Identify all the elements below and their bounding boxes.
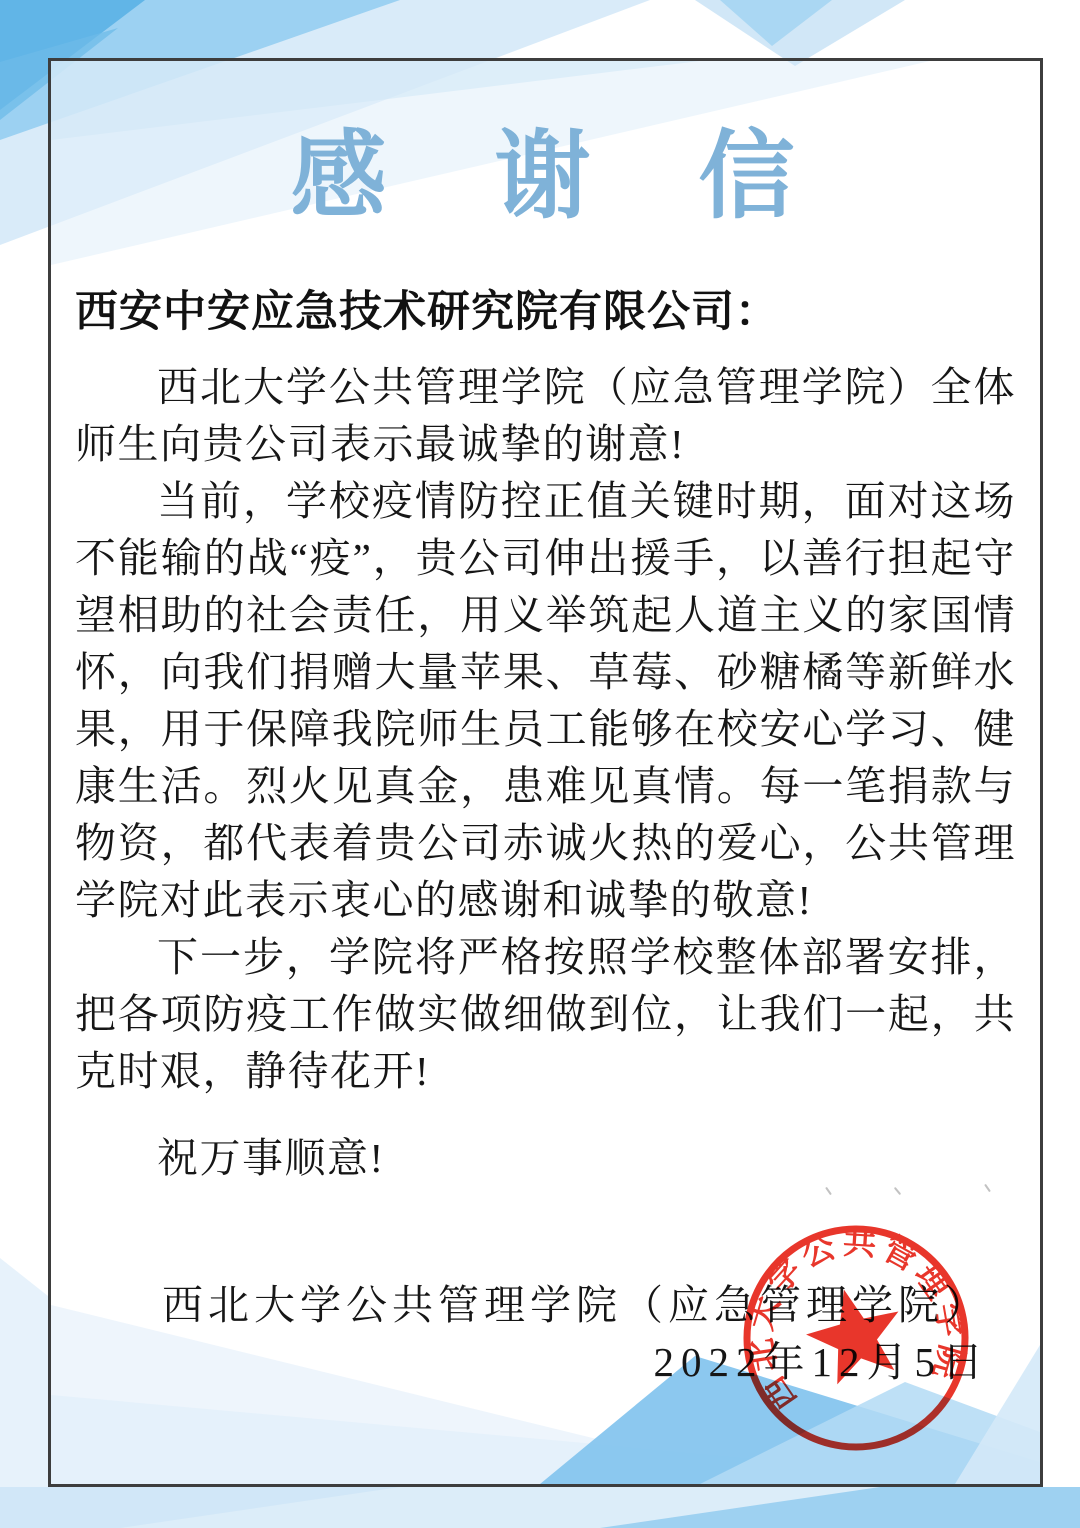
signature-block: 西北大学公共管理学院（应急管理学院） 2022年12月5日	[75, 1277, 1016, 1391]
paragraph-1: 西北大学公共管理学院（应急管理学院）全体师生向贵公司表示最诚挚的谢意!	[75, 359, 1016, 473]
letter-page: 感 谢 信 西安中安应急技术研究院有限公司： 西北大学公共管理学院（应急管理学院…	[0, 0, 1080, 1528]
date-line: 2022年12月5日	[75, 1334, 990, 1391]
signature-line: 西北大学公共管理学院（应急管理学院）	[75, 1277, 990, 1334]
closing-wish: 祝万事顺意!	[75, 1130, 1016, 1187]
letter-title: 感 谢 信	[75, 123, 1016, 231]
paragraph-3: 下一步，学院将严格按照学校整体部署安排，把各项防疫工作做实做细做到位，让我们一起…	[75, 929, 1016, 1100]
paragraph-2: 当前，学校疫情防控正值关键时期，面对这场不能输的战“疫”，贵公司伸出援手，以善行…	[75, 473, 1016, 929]
addressee-line: 西安中安应急技术研究院有限公司：	[75, 287, 1016, 337]
letter-content: 感 谢 信 西安中安应急技术研究院有限公司： 西北大学公共管理学院（应急管理学院…	[51, 61, 1040, 1484]
